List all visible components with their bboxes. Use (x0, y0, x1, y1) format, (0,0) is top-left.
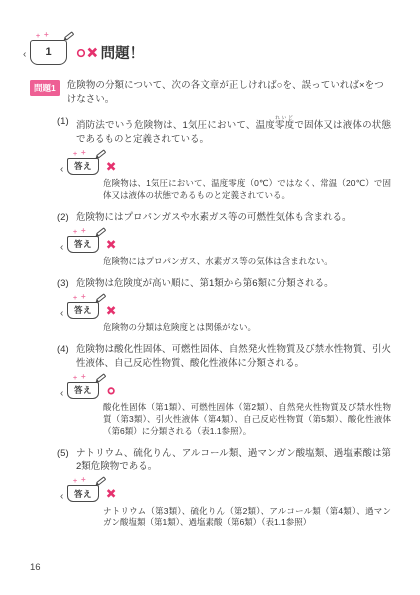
answer-label: 答え (74, 384, 92, 396)
answer-mark: × (107, 237, 115, 252)
sparkle-icon (73, 478, 77, 485)
answer-label: 答え (74, 160, 92, 172)
answer-row: 答え × (67, 301, 391, 319)
section-header: 1 ○× 問題！ (30, 36, 392, 68)
question-statement: 危険物は酸化性固体、可燃性固体、自然発火性物質及び禁水性物質、引火性液体、自己反… (76, 343, 391, 370)
textbook-page: 1 ○× 問題！ 問題1 危険物の分類について、次の各文章が正しければ○を、誤っ… (0, 0, 420, 595)
sparkle-icon (81, 149, 86, 157)
question-number: (2) (57, 211, 76, 225)
open-book-icon: 1 (30, 40, 67, 65)
pencil-icon (96, 227, 106, 236)
sparkle-icon (36, 33, 40, 40)
wing-icon (23, 50, 26, 60)
sparkle-icon (73, 295, 77, 302)
answer-row: 答え × (67, 235, 391, 253)
sparkle-icon (81, 293, 86, 301)
answer-row: 答え × (67, 157, 391, 175)
sparkle-icon (73, 151, 77, 158)
answer-explanation: 危険物の分類は危険度とは関係がない。 (103, 322, 391, 334)
wing-icon (60, 165, 63, 175)
answer-explanation: 危険物にはプロパンガス、水素ガス等の気体は含まれない。 (103, 256, 391, 268)
question-statement: ナトリウム、硫化りん、アルコール類、過マンガン酸塩類、過塩素酸は第2類危険物であ… (76, 447, 391, 474)
question-item: (5) ナトリウム、硫化りん、アルコール類、過マンガン酸塩類、過塩素酸は第2類危… (57, 447, 391, 530)
answer-row: 答え × (67, 485, 391, 503)
statement-row: (1) 消防法でいう危険物は、1気圧において、温度零度れいどで固体又は液体の状態… (57, 115, 391, 146)
statement-text: 消防法でいう危険物は、1気圧において、温度 (76, 120, 275, 131)
question-number: (5) (57, 447, 76, 474)
answer-mark: ○ (107, 383, 115, 398)
question-statement: 危険物にはプロパンガスや水素ガス等の可燃性気体も含まれる。 (76, 211, 391, 225)
answer-mark: × (107, 303, 115, 318)
answer-book-icon: 答え (67, 158, 99, 175)
problem-block: 問題1 危険物の分類について、次の各文章が正しければ○を、誤っていれば×をつけな… (30, 79, 392, 106)
pencil-icon (96, 149, 106, 158)
statement-row: (3) 危険物は危険度が高い順に、第1類から第6類に分類される。 (57, 277, 391, 291)
wing-icon (60, 243, 63, 253)
sparkle-icon (81, 227, 86, 235)
question-number: (1) (57, 115, 76, 146)
page-number: 16 (30, 562, 41, 573)
sparkle-icon (73, 375, 77, 382)
answer-label: 答え (74, 488, 92, 500)
answer-label: 答え (74, 238, 92, 250)
question-number: (4) (57, 343, 76, 370)
unit-number: 1 (45, 46, 51, 58)
question-statement: 危険物は危険度が高い順に、第1類から第6類に分類される。 (76, 277, 391, 291)
wing-icon (60, 389, 63, 399)
page-content: 1 ○× 問題！ 問題1 危険物の分類について、次の各文章が正しければ○を、誤っ… (0, 0, 420, 529)
answer-mark: × (107, 486, 115, 501)
wing-icon (60, 309, 63, 319)
answer-explanation: 酸化性固体（第1類）、可燃性固体（第2類）、自然発火性物質及び禁水性物質（第3類… (103, 402, 391, 437)
sparkle-icon (44, 31, 49, 39)
pencil-icon (96, 373, 106, 382)
wing-icon (60, 492, 63, 502)
problem-badge: 問題1 (30, 80, 60, 97)
answer-book-icon: 答え (67, 485, 99, 502)
ruby-word: 零度れいど (275, 120, 294, 131)
furigana: れいど (275, 115, 294, 120)
statement-row: (5) ナトリウム、硫化りん、アルコール類、過マンガン酸塩類、過塩素酸は第2類危… (57, 447, 391, 474)
question-item: (4) 危険物は酸化性固体、可燃性固体、自然発火性物質及び禁水性物質、引火性液体… (57, 343, 391, 437)
ox-mark: ○× (76, 44, 99, 63)
answer-book-icon: 答え (67, 236, 99, 253)
answer-book-icon: 答え (67, 382, 99, 399)
answer-mark: × (107, 159, 115, 174)
section-title-text: 問題！ (101, 42, 145, 63)
sparkle-icon (73, 229, 77, 236)
answer-explanation: 危険物は、1気圧において、温度零度（0℃）ではなく、常温（20℃）で固体又は液体… (103, 178, 391, 202)
question-number: (3) (57, 277, 76, 291)
statement-row: (4) 危険物は酸化性固体、可燃性固体、自然発火性物質及び禁水性物質、引火性液体… (57, 343, 391, 370)
question-statement: 消防法でいう危険物は、1気圧において、温度零度れいどで固体又は液体の状態であるも… (76, 115, 391, 146)
answer-row: 答え ○ (67, 381, 391, 399)
sparkle-icon (81, 373, 86, 381)
pencil-icon (64, 31, 74, 40)
statement-row: (2) 危険物にはプロパンガスや水素ガス等の可燃性気体も含まれる。 (57, 211, 391, 225)
pencil-icon (96, 476, 106, 485)
sparkle-icon (81, 476, 86, 484)
question-item: (2) 危険物にはプロパンガスや水素ガス等の可燃性気体も含まれる。 答え × 危… (57, 211, 391, 268)
answer-book-icon: 答え (67, 302, 99, 319)
section-title: ○× 問題！ (76, 42, 144, 63)
answer-explanation: ナトリウム（第3類）、硫化りん（第2類）、アルコール類（第4類）、過マンガン酸塩… (103, 506, 391, 530)
answer-label: 答え (74, 304, 92, 316)
question-item: (3) 危険物は危険度が高い順に、第1類から第6類に分類される。 答え × 危険… (57, 277, 391, 334)
question-list: (1) 消防法でいう危険物は、1気圧において、温度零度れいどで固体又は液体の状態… (57, 115, 391, 529)
pencil-icon (96, 293, 106, 302)
problem-intro: 危険物の分類について、次の各文章が正しければ○を、誤っていれば×をつけなさい。 (67, 79, 384, 106)
question-item: (1) 消防法でいう危険物は、1気圧において、温度零度れいどで固体又は液体の状態… (57, 115, 391, 202)
